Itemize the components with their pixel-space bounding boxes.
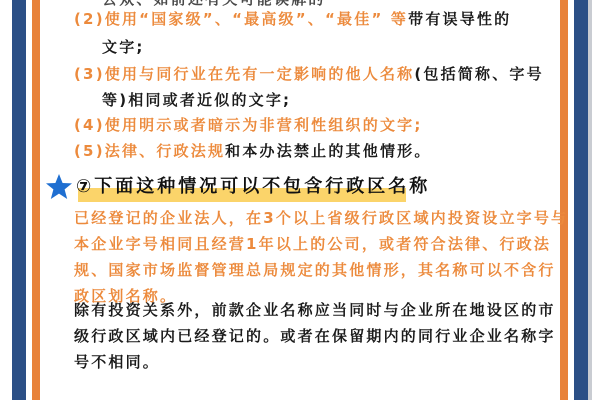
item3-orange-text: (3)使用与同行业在先有一定影响的他人名称 xyxy=(74,65,414,83)
section7-black-line-2: 级行政区域内已经登记的。或者在保留期内的同行业企业名称字 xyxy=(74,326,556,346)
section7-orange-line-3: 规、国家市场监督管理总局规定的其他情形，其名称可以不含行 xyxy=(74,260,556,280)
section7-orange-line-1: 已经登记的企业法人，在3个以上省级行政区域内投资设立字号与 xyxy=(74,208,568,228)
list-item-4: (4)使用明示或者暗示为非营利性组织的文字; xyxy=(74,115,423,135)
content-panel: 公众、如前述有关可能误解的 (2)使用“国家级”、“最高级”、“最佳” 等带有误… xyxy=(40,0,560,400)
frame-right-blue-stripe xyxy=(574,0,588,400)
frame-left-orange-stripe xyxy=(32,0,40,400)
section-7-heading: ⑦下面这种情况可以不包含行政区名称 xyxy=(44,172,424,204)
top-cut-text: 公众、如前述有关可能误解的 xyxy=(102,0,326,8)
frame-left-blue-stripe xyxy=(12,0,26,400)
item4-orange-text: (4)使用明示或者暗示为非营利性组织的文字; xyxy=(74,116,423,134)
item2-orange-text: (2)使用“国家级”、“最高级”、“最佳” 等 xyxy=(74,10,408,28)
list-item-2-continuation: 文字; xyxy=(102,37,145,57)
item2-black-text: 带有误导性的 xyxy=(408,10,511,28)
star-icon xyxy=(44,172,74,202)
list-item-3-continuation: 等)相同或者近似的文字; xyxy=(102,90,291,110)
frame-right-orange-stripe xyxy=(560,0,568,400)
section-7-heading-text: ⑦下面这种情况可以不包含行政区名称 xyxy=(76,174,430,200)
item5-black-text: 和本办法禁止的其他情形。 xyxy=(225,142,431,160)
item5-orange-text: (5)法律、行政法规 xyxy=(74,142,225,160)
list-item-5: (5)法律、行政法规和本办法禁止的其他情形。 xyxy=(74,141,432,161)
list-item-2: (2)使用“国家级”、“最高级”、“最佳” 等带有误导性的 xyxy=(74,9,511,29)
item3-continuation-text: 等)相同或者近似的文字; xyxy=(102,91,291,109)
item2-continuation-text: 文字; xyxy=(102,38,145,56)
item3-black-text: (包括简称、字号 xyxy=(414,65,543,83)
section7-black-line-1: 除有投资关系外，前款企业名称应当同时与企业所在地设区的市 xyxy=(74,300,556,320)
list-top-cut-line: 公众、如前述有关可能误解的 xyxy=(102,0,326,9)
section7-orange-line-2: 本企业字号相同且经营1年以上的公司，或者符合法律、行政法 xyxy=(74,234,551,254)
list-item-3: (3)使用与同行业在先有一定影响的他人名称(包括简称、字号 xyxy=(74,64,544,84)
frame-right-gray-stripe xyxy=(588,0,592,400)
section7-black-line-3: 号不相同。 xyxy=(74,352,160,372)
document-page: 公众、如前述有关可能误解的 (2)使用“国家级”、“最高级”、“最佳” 等带有误… xyxy=(0,0,600,400)
